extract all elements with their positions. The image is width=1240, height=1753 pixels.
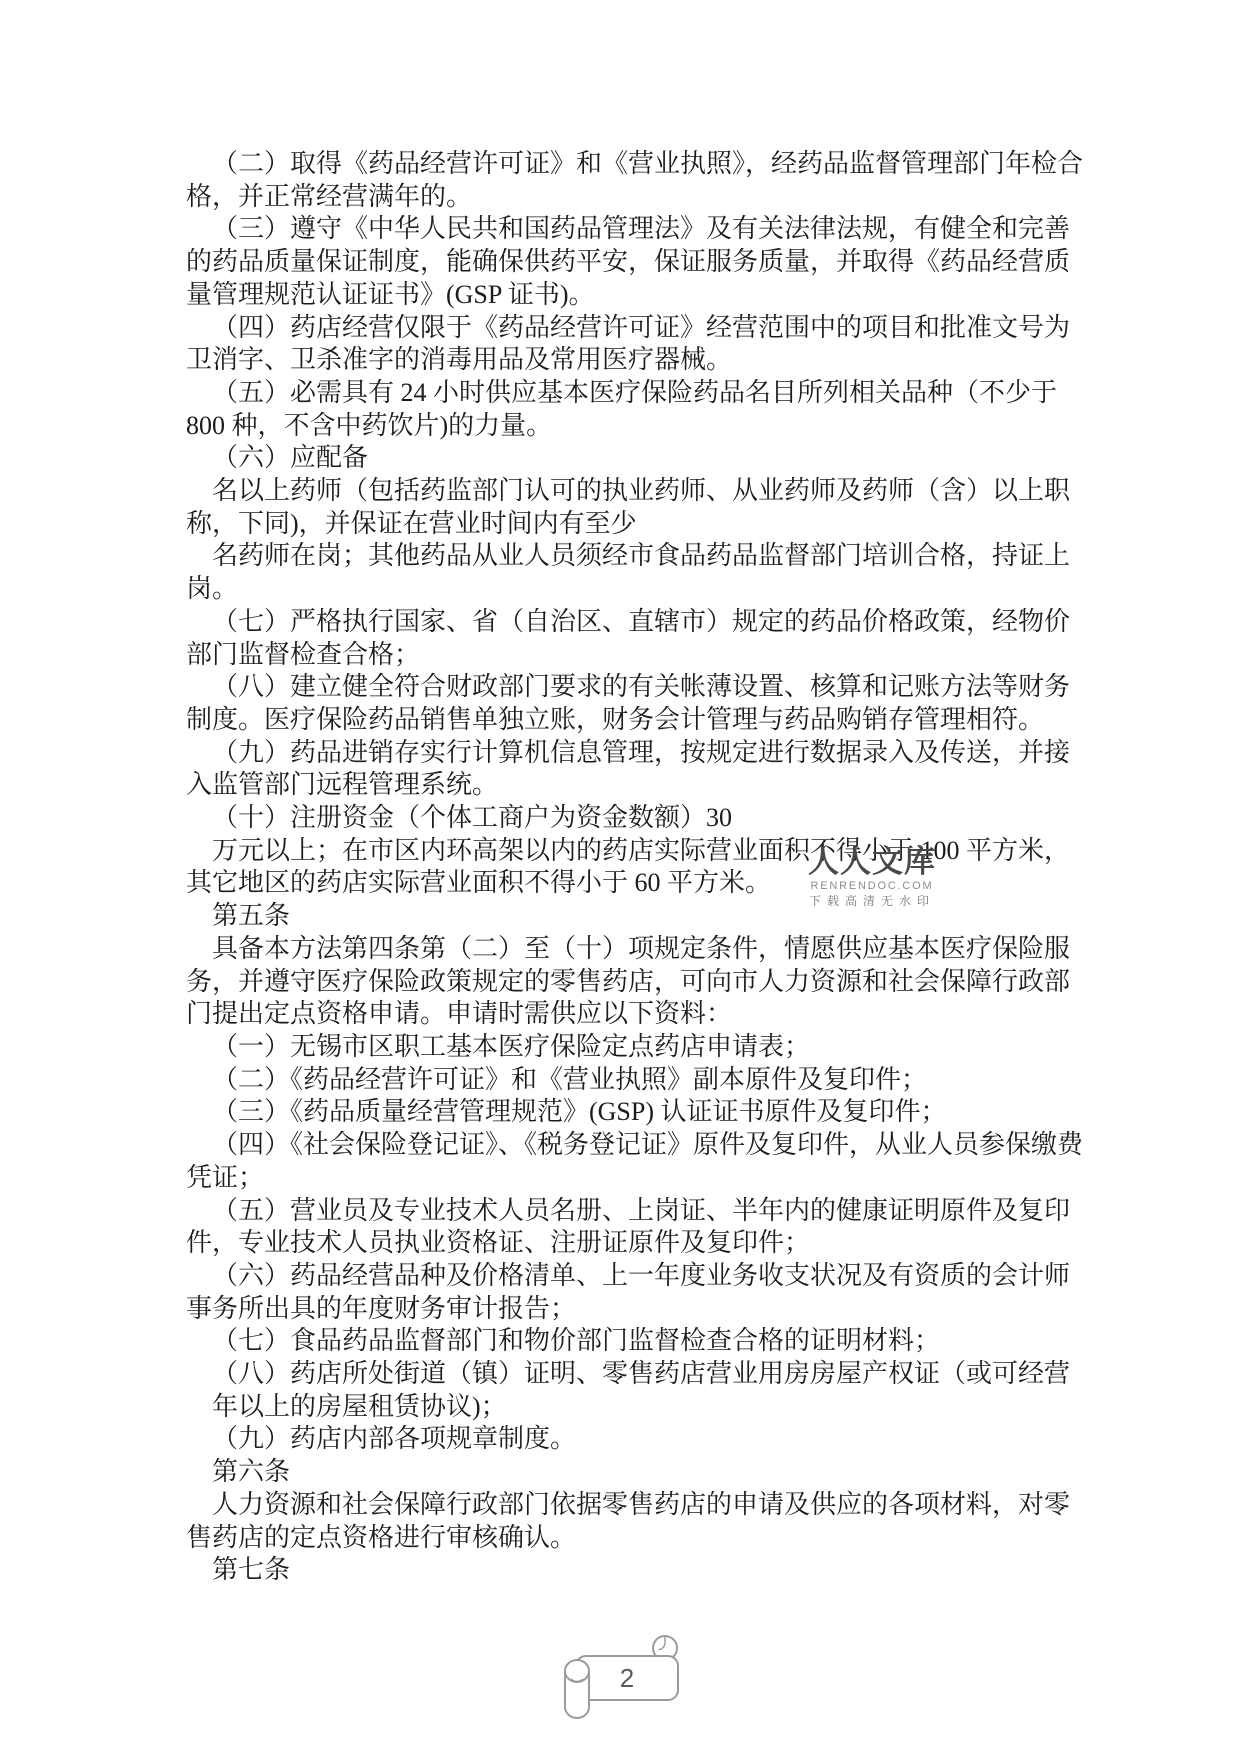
doc-line: （七）食品药品监督部门和物价部门监督检查合格的证明材料； (186, 1325, 1066, 1358)
doc-line: 具备本方法第四条第（二）至（十）项规定条件，情愿供应基本医疗保险服 (186, 933, 1066, 966)
doc-line: 量管理规范认证证书》(GSP 证书)。 (186, 279, 1066, 312)
doc-line: （二）《药品经营许可证》和《营业执照》副本原件及复印件； (186, 1064, 1066, 1097)
doc-line: 的药品质量保证制度，能确保供药平安，保证服务质量，并取得《药品经营质 (186, 246, 1066, 279)
doc-line: 入监管部门远程管理系统。 (186, 769, 1066, 802)
doc-line: 卫消字、卫杀准字的消毒用品及常用医疗器械。 (186, 344, 1066, 377)
watermark-tagline: 下载高清无水印 (790, 895, 954, 908)
doc-line: 年以上的房屋租赁协议)； (186, 1391, 1066, 1424)
doc-line: 凭证； (186, 1162, 1066, 1195)
doc-line: 格，并正常经营满年的。 (186, 181, 1066, 214)
doc-line: 第六条 (186, 1456, 1066, 1489)
doc-line: 名药师在岗；其他药品从业人员须经市食品药品监督部门培训合格，持证上 (186, 540, 1066, 573)
doc-line: （九）药品进销存实行计算机信息管理，按规定进行数据录入及传送，并接 (186, 737, 1066, 770)
doc-line: 务，并遵守医疗保险政策规定的零售药店，可向市人力资源和社会保障行政部 (186, 966, 1066, 999)
doc-line: 件，专业技术人员执业资格证、注册证原件及复印件； (186, 1227, 1066, 1260)
doc-line: 售药店的定点资格进行审核确认。 (186, 1522, 1066, 1555)
document-page: （二）取得《药品经营许可证》和《营业执照》，经药品监督管理部门年检合格，并正常经… (0, 0, 1240, 1753)
doc-line: （三）遵守《中华人民共和国药品管理法》及有关法律法规，有健全和完善 (186, 213, 1066, 246)
doc-line: 800 种，不含中药饮片)的力量。 (186, 410, 1066, 443)
doc-line: 部门监督检查合格； (186, 639, 1066, 672)
doc-line: 人力资源和社会保障行政部门依据零售药店的申请及供应的各项材料，对零 (186, 1489, 1066, 1522)
watermark: 人人文库 RENRENDOC.COM 下载高清无水印 (790, 846, 954, 908)
doc-line: （五）营业员及专业技术人员名册、上岗证、半年内的健康证明原件及复印 (186, 1195, 1066, 1228)
doc-line: 名以上药师（包括药监部门认可的执业药师、从业药师及药师（含）以上职 (186, 475, 1066, 508)
doc-line: 岗。 (186, 573, 1066, 606)
watermark-site-url: RENRENDOC.COM (790, 880, 954, 892)
doc-line: （六）应配备 (186, 442, 1066, 475)
doc-line: 事务所出具的年度财务审计报告； (186, 1293, 1066, 1326)
doc-line: （十）注册资金（个体工商户为资金数额）30 (186, 802, 1066, 835)
doc-line: （六）药品经营品种及价格清单、上一年度业务收支状况及有资质的会计师 (186, 1260, 1066, 1293)
doc-line: （八）药店所处街道（镇）证明、零售药店营业用房房屋产权证（或可经营 (186, 1358, 1066, 1391)
doc-line: （一）无锡市区职工基本医疗保险定点药店申请表； (186, 1031, 1066, 1064)
doc-line: （八）建立健全符合财政部门要求的有关帐薄设置、核算和记账方法等财务 (186, 671, 1066, 704)
doc-line: 制度。医疗保险药品销售单独立账，财务会计管理与药品购销存管理相符。 (186, 704, 1066, 737)
doc-line: （九）药店内部各项规章制度。 (186, 1423, 1066, 1456)
watermark-logo-text: 人人文库 (790, 846, 954, 877)
doc-line: 称，下同)，并保证在营业时间内有至少 (186, 508, 1066, 541)
doc-line: 门提出定点资格申请。申请时需供应以下资料： (186, 998, 1066, 1031)
doc-line: （三）《药品质量经营管理规范》(GSP) 认证证书原件及复印件； (186, 1096, 1066, 1129)
doc-line: （五）必需具有 24 小时供应基本医疗保险药品名目所列相关品种（不少于 (186, 377, 1066, 410)
doc-line: （二）取得《药品经营许可证》和《营业执照》，经药品监督管理部门年检合 (186, 148, 1066, 181)
doc-line: （七）严格执行国家、省（自治区、直辖市）规定的药品价格政策，经物价 (186, 606, 1066, 639)
page-number: 2 (576, 1656, 678, 1700)
doc-line: （四）药店经营仅限于《药品经营许可证》经营范围中的项目和批准文号为 (186, 312, 1066, 345)
doc-line: （四）《社会保险登记证》、《税务登记证》原件及复印件，从业人员参保缴费 (186, 1129, 1066, 1162)
doc-line: 第七条 (186, 1554, 1066, 1587)
